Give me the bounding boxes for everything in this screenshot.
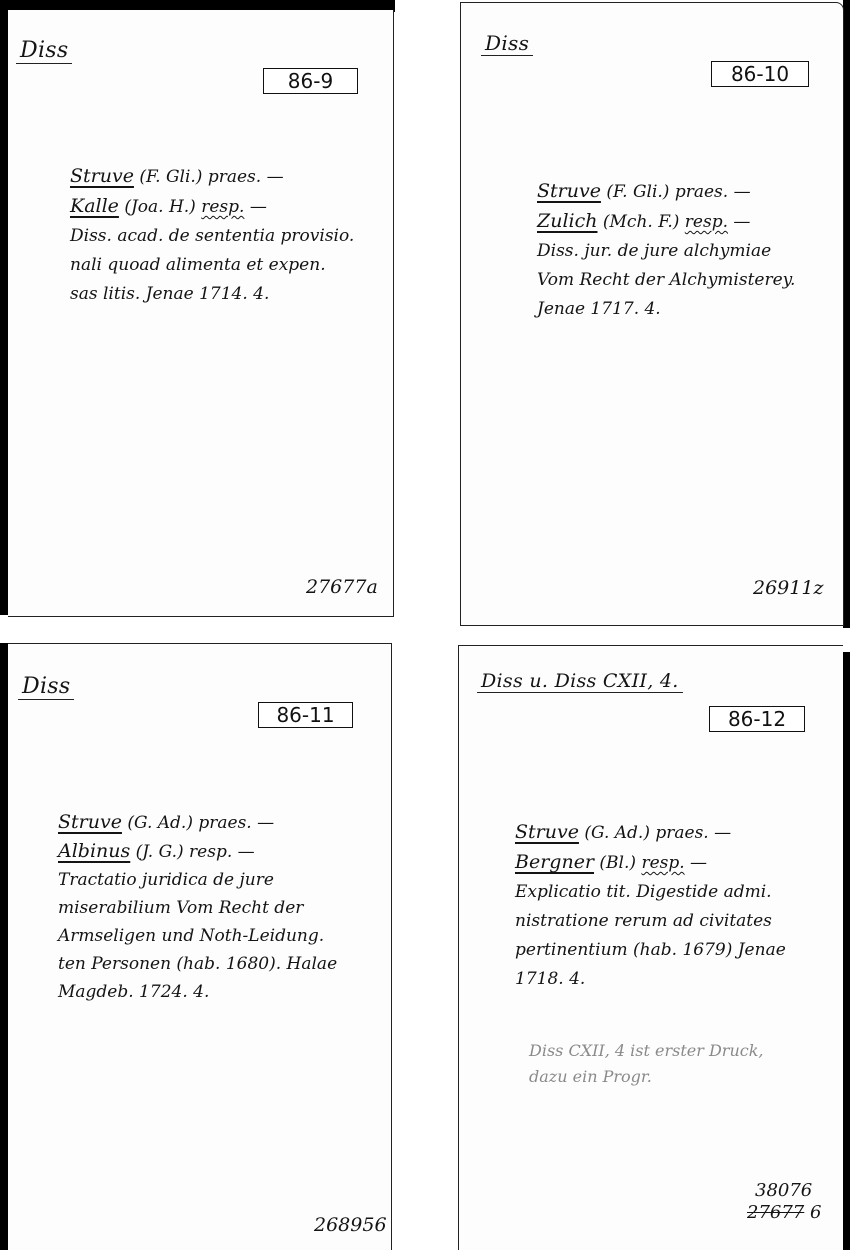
scan-edge-right-bottom — [843, 652, 850, 1250]
scan-edge-right-top — [843, 0, 850, 628]
card-header: Diss — [481, 31, 533, 56]
pencil-note: Diss CXII, 4 ist erster Druck, dazu ein … — [529, 1038, 764, 1090]
scan-edge-left-bottom — [0, 643, 8, 1250]
accession-number: 27677a — [306, 576, 378, 598]
praeses-name: Struve — [58, 811, 122, 833]
card-entry: Struve (G. Ad.) praes. — Albinus (J. G.)… — [58, 808, 337, 1006]
shelfmark: 86-9 — [263, 68, 358, 94]
catalog-card-86-11: Diss 86-11 Struve (G. Ad.) praes. — Albi… — [8, 643, 392, 1250]
card-header: Diss — [18, 674, 74, 700]
accession-suffix: 6 — [810, 1202, 821, 1223]
scan-edge-left-top — [0, 0, 8, 615]
accession-number-old: 27677 6 — [747, 1202, 821, 1223]
card-entry: Struve (G. Ad.) praes. — Bergner (Bl.) r… — [515, 818, 786, 994]
respondent-name: Albinus — [58, 840, 130, 862]
card-header: Diss — [16, 38, 72, 64]
catalog-card-86-9: Diss 86-9 Struve (F. Gli.) praes. — Kall… — [8, 10, 394, 617]
respondent-name: Kalle — [70, 195, 119, 217]
shelfmark: 86-11 — [258, 702, 353, 728]
praeses-name: Struve — [515, 821, 579, 843]
catalog-card-86-12: Diss u. Diss CXII, 4. 86-12 Struve (G. A… — [458, 645, 843, 1250]
catalog-card-86-10: Diss 86-10 Struve (F. Gli.) praes. — Zul… — [460, 2, 844, 626]
accession-number: 26911z — [753, 577, 823, 599]
praeses-name: Struve — [537, 180, 601, 202]
card-entry: Struve (F. Gli.) praes. — Kalle (Joa. H.… — [70, 162, 354, 309]
accession-number: 268956 — [314, 1214, 387, 1236]
respondent-name: Bergner — [515, 851, 594, 873]
shelfmark: 86-10 — [711, 61, 809, 87]
card-entry: Struve (F. Gli.) praes. — Zulich (Mch. F… — [537, 177, 795, 324]
respondent-name: Zulich — [537, 210, 597, 232]
praeses-name: Struve — [70, 165, 134, 187]
card-header: Diss u. Diss CXII, 4. — [477, 670, 683, 693]
shelfmark: 86-12 — [709, 706, 805, 732]
struck-accession: 27677 — [747, 1202, 804, 1223]
accession-number: 38076 — [755, 1180, 812, 1201]
